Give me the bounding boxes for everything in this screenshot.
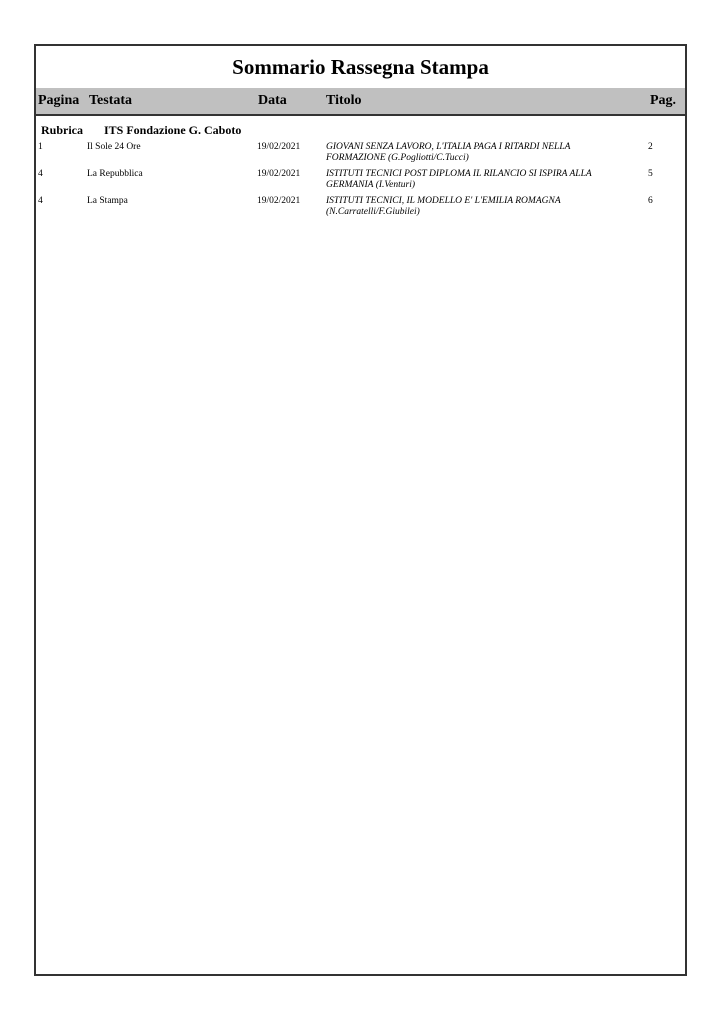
cell-titolo[interactable]: GIOVANI SENZA LAVORO, L'ITALIA PAGA I RI… bbox=[326, 142, 616, 164]
cell-pag: 2 bbox=[648, 142, 653, 152]
table-row[interactable]: 4 La Repubblica 19/02/2021 ISTITUTI TECN… bbox=[36, 169, 685, 196]
cell-titolo[interactable]: ISTITUTI TECNICI POST DIPLOMA IL RILANCI… bbox=[326, 169, 616, 191]
cell-testata: La Repubblica bbox=[87, 169, 143, 179]
table-row[interactable]: 1 Il Sole 24 Ore 19/02/2021 GIOVANI SENZ… bbox=[36, 142, 685, 169]
page-title: Sommario Rassegna Stampa bbox=[36, 46, 685, 90]
column-header-data: Data bbox=[258, 93, 287, 109]
table-row[interactable]: 4 La Stampa 19/02/2021 ISTITUTI TECNICI,… bbox=[36, 196, 685, 223]
rubrica-label: Rubrica bbox=[41, 123, 83, 138]
cell-data: 19/02/2021 bbox=[257, 142, 300, 152]
cell-pagina: 4 bbox=[38, 169, 43, 179]
column-header-pagina: Pagina bbox=[38, 93, 79, 109]
table-body: 1 Il Sole 24 Ore 19/02/2021 GIOVANI SENZ… bbox=[36, 142, 685, 223]
cell-data: 19/02/2021 bbox=[257, 169, 300, 179]
cell-data: 19/02/2021 bbox=[257, 196, 300, 206]
cell-pag: 6 bbox=[648, 196, 653, 206]
rubrica-value: ITS Fondazione G. Caboto bbox=[104, 123, 241, 138]
cell-testata: Il Sole 24 Ore bbox=[87, 142, 141, 152]
cell-testata: La Stampa bbox=[87, 196, 128, 206]
summary-page-frame: Sommario Rassegna Stampa Pagina Testata … bbox=[34, 44, 687, 976]
cell-pagina: 1 bbox=[38, 142, 43, 152]
cell-titolo[interactable]: ISTITUTI TECNICI, IL MODELLO E' L'EMILIA… bbox=[326, 196, 616, 218]
column-header-testata: Testata bbox=[89, 93, 132, 109]
table-header: Pagina Testata Data Titolo Pag. bbox=[36, 88, 685, 116]
column-header-titolo: Titolo bbox=[326, 93, 362, 109]
cell-pag: 5 bbox=[648, 169, 653, 179]
cell-pagina: 4 bbox=[38, 196, 43, 206]
column-header-pag: Pag. bbox=[650, 93, 676, 109]
